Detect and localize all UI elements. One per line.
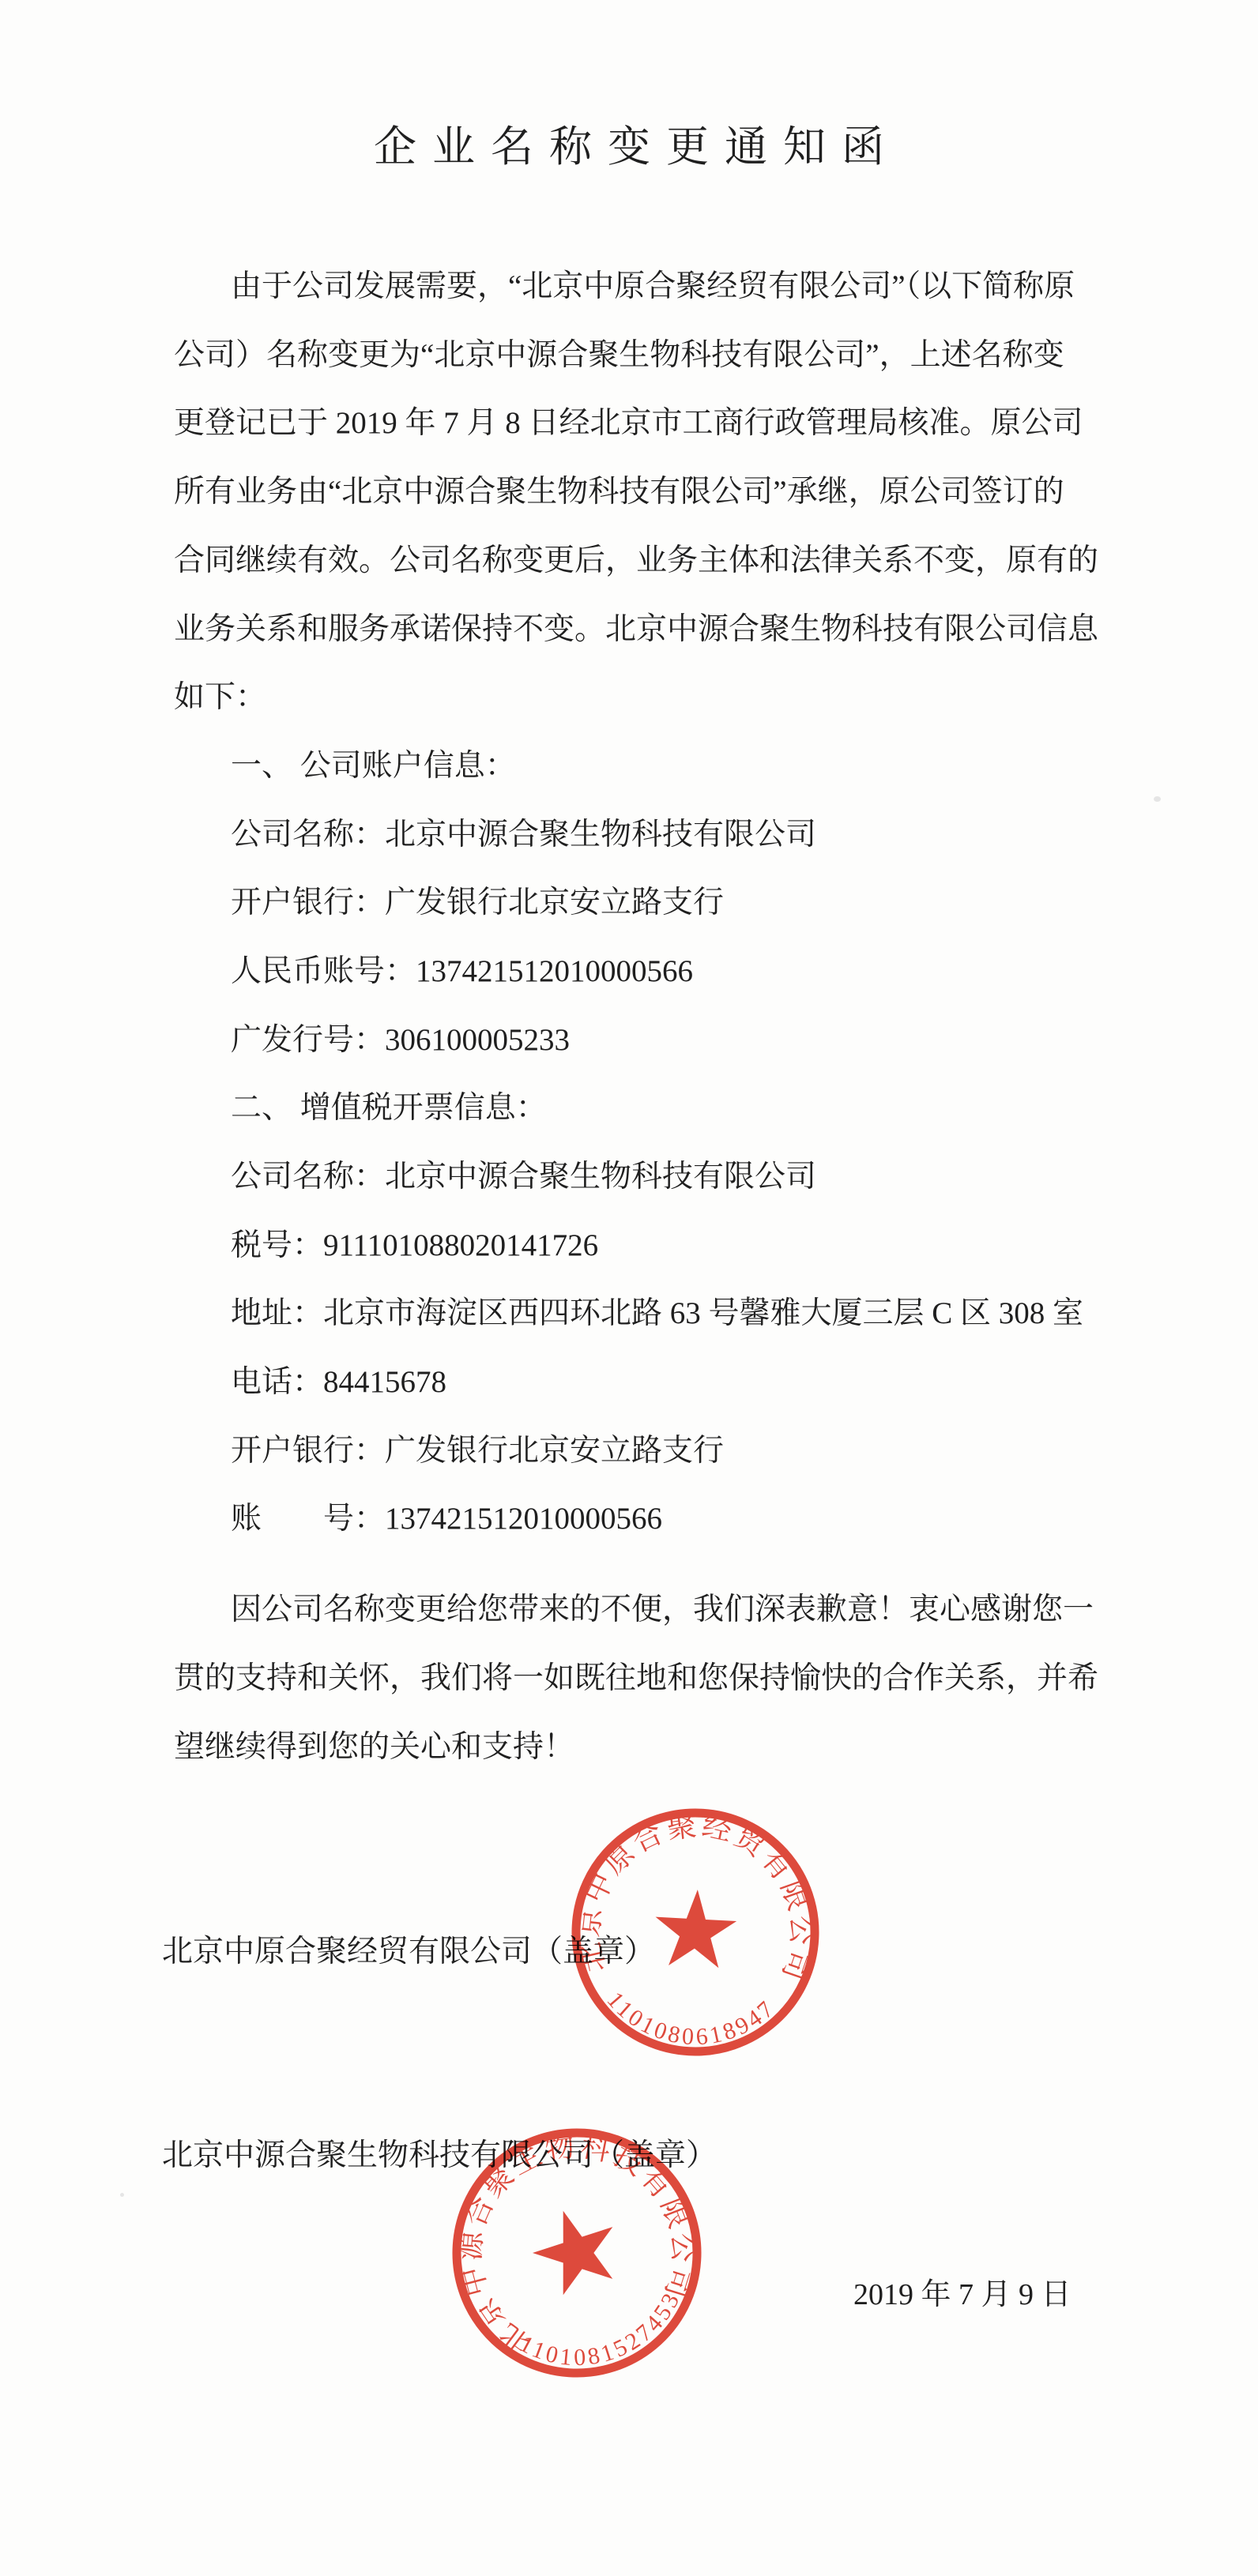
document-page: 企业名称变更通知函 由于公司发展需要，“北京中原合聚经贸有限公司”（以下简称原 … [0, 0, 1258, 2576]
body-line: 望继续得到您的关心和支持！ [174, 1729, 574, 1766]
company-seal-old: 北京中原合聚经贸有限公司 1101080618947 [567, 1803, 824, 2061]
body-line: 所有业务由“北京中源合聚生物科技有限公司”承继，原公司签订的 [174, 474, 1064, 510]
seal-star-icon [523, 2198, 628, 2300]
body-line: 业务关系和服务承诺保持不变。北京中源合聚生物科技有限公司信息 [174, 611, 1098, 648]
info-line: 公司名称：北京中源合聚生物科技有限公司 [231, 1159, 816, 1195]
info-line: 地址：北京市海淀区西四环北路 63 号馨雅大厦三层 C 区 308 室 [231, 1296, 1083, 1332]
seal-star-icon [653, 1887, 738, 1969]
section-heading: 二、 增值税开票信息： [231, 1090, 547, 1126]
body-line: 公司）名称变更为“北京中源合聚生物科技有限公司”，上述名称变 [174, 337, 1064, 374]
seal-number-arc: 1101080618947 [600, 1986, 782, 2055]
company-seal-new: 北京中源合聚生物科技有限公司 1101081527453 [447, 2123, 706, 2382]
svg-text:1101080618947: 1101080618947 [600, 1986, 782, 2055]
info-line: 税号：911101088020141726 [231, 1228, 598, 1264]
body-line: 合同继续有效。公司名称变更后，业务主体和法律关系不变，原有的 [174, 543, 1098, 579]
scan-speck [1154, 796, 1161, 802]
info-line: 电话：84415678 [231, 1364, 446, 1401]
info-line: 开户银行：广发银行北京安立路支行 [231, 1433, 724, 1469]
document-title: 企业名称变更通知函 [0, 120, 1258, 174]
date-line: 2019 年 7 月 9 日 [853, 2277, 1072, 2313]
section-heading: 一、 公司账户信息： [231, 748, 516, 784]
info-line: 开户银行：广发银行北京安立路支行 [231, 885, 724, 921]
scan-speck [120, 2193, 124, 2197]
body-line: 如下： [174, 679, 266, 716]
info-line: 账 号：137421512010000566 [231, 1501, 662, 1537]
body-line: 更登记已于 2019 年 7 月 8 日经北京市工商行政管理局核准。原公司 [174, 405, 1083, 442]
body-line: 贯的支持和关怀，我们将一如既往地和您保持愉快的合作关系，并希 [174, 1660, 1098, 1697]
body-line: 因公司名称变更给您带来的不便，我们深表歉意！衷心感谢您一 [231, 1592, 1094, 1628]
body-line: 由于公司发展需要，“北京中原合聚经贸有限公司”（以下简称原 [231, 269, 1075, 305]
info-line: 人民币账号：137421512010000566 [231, 953, 693, 990]
info-line: 公司名称：北京中源合聚生物科技有限公司 [231, 817, 816, 853]
info-line: 广发行号：306100005233 [231, 1022, 570, 1059]
